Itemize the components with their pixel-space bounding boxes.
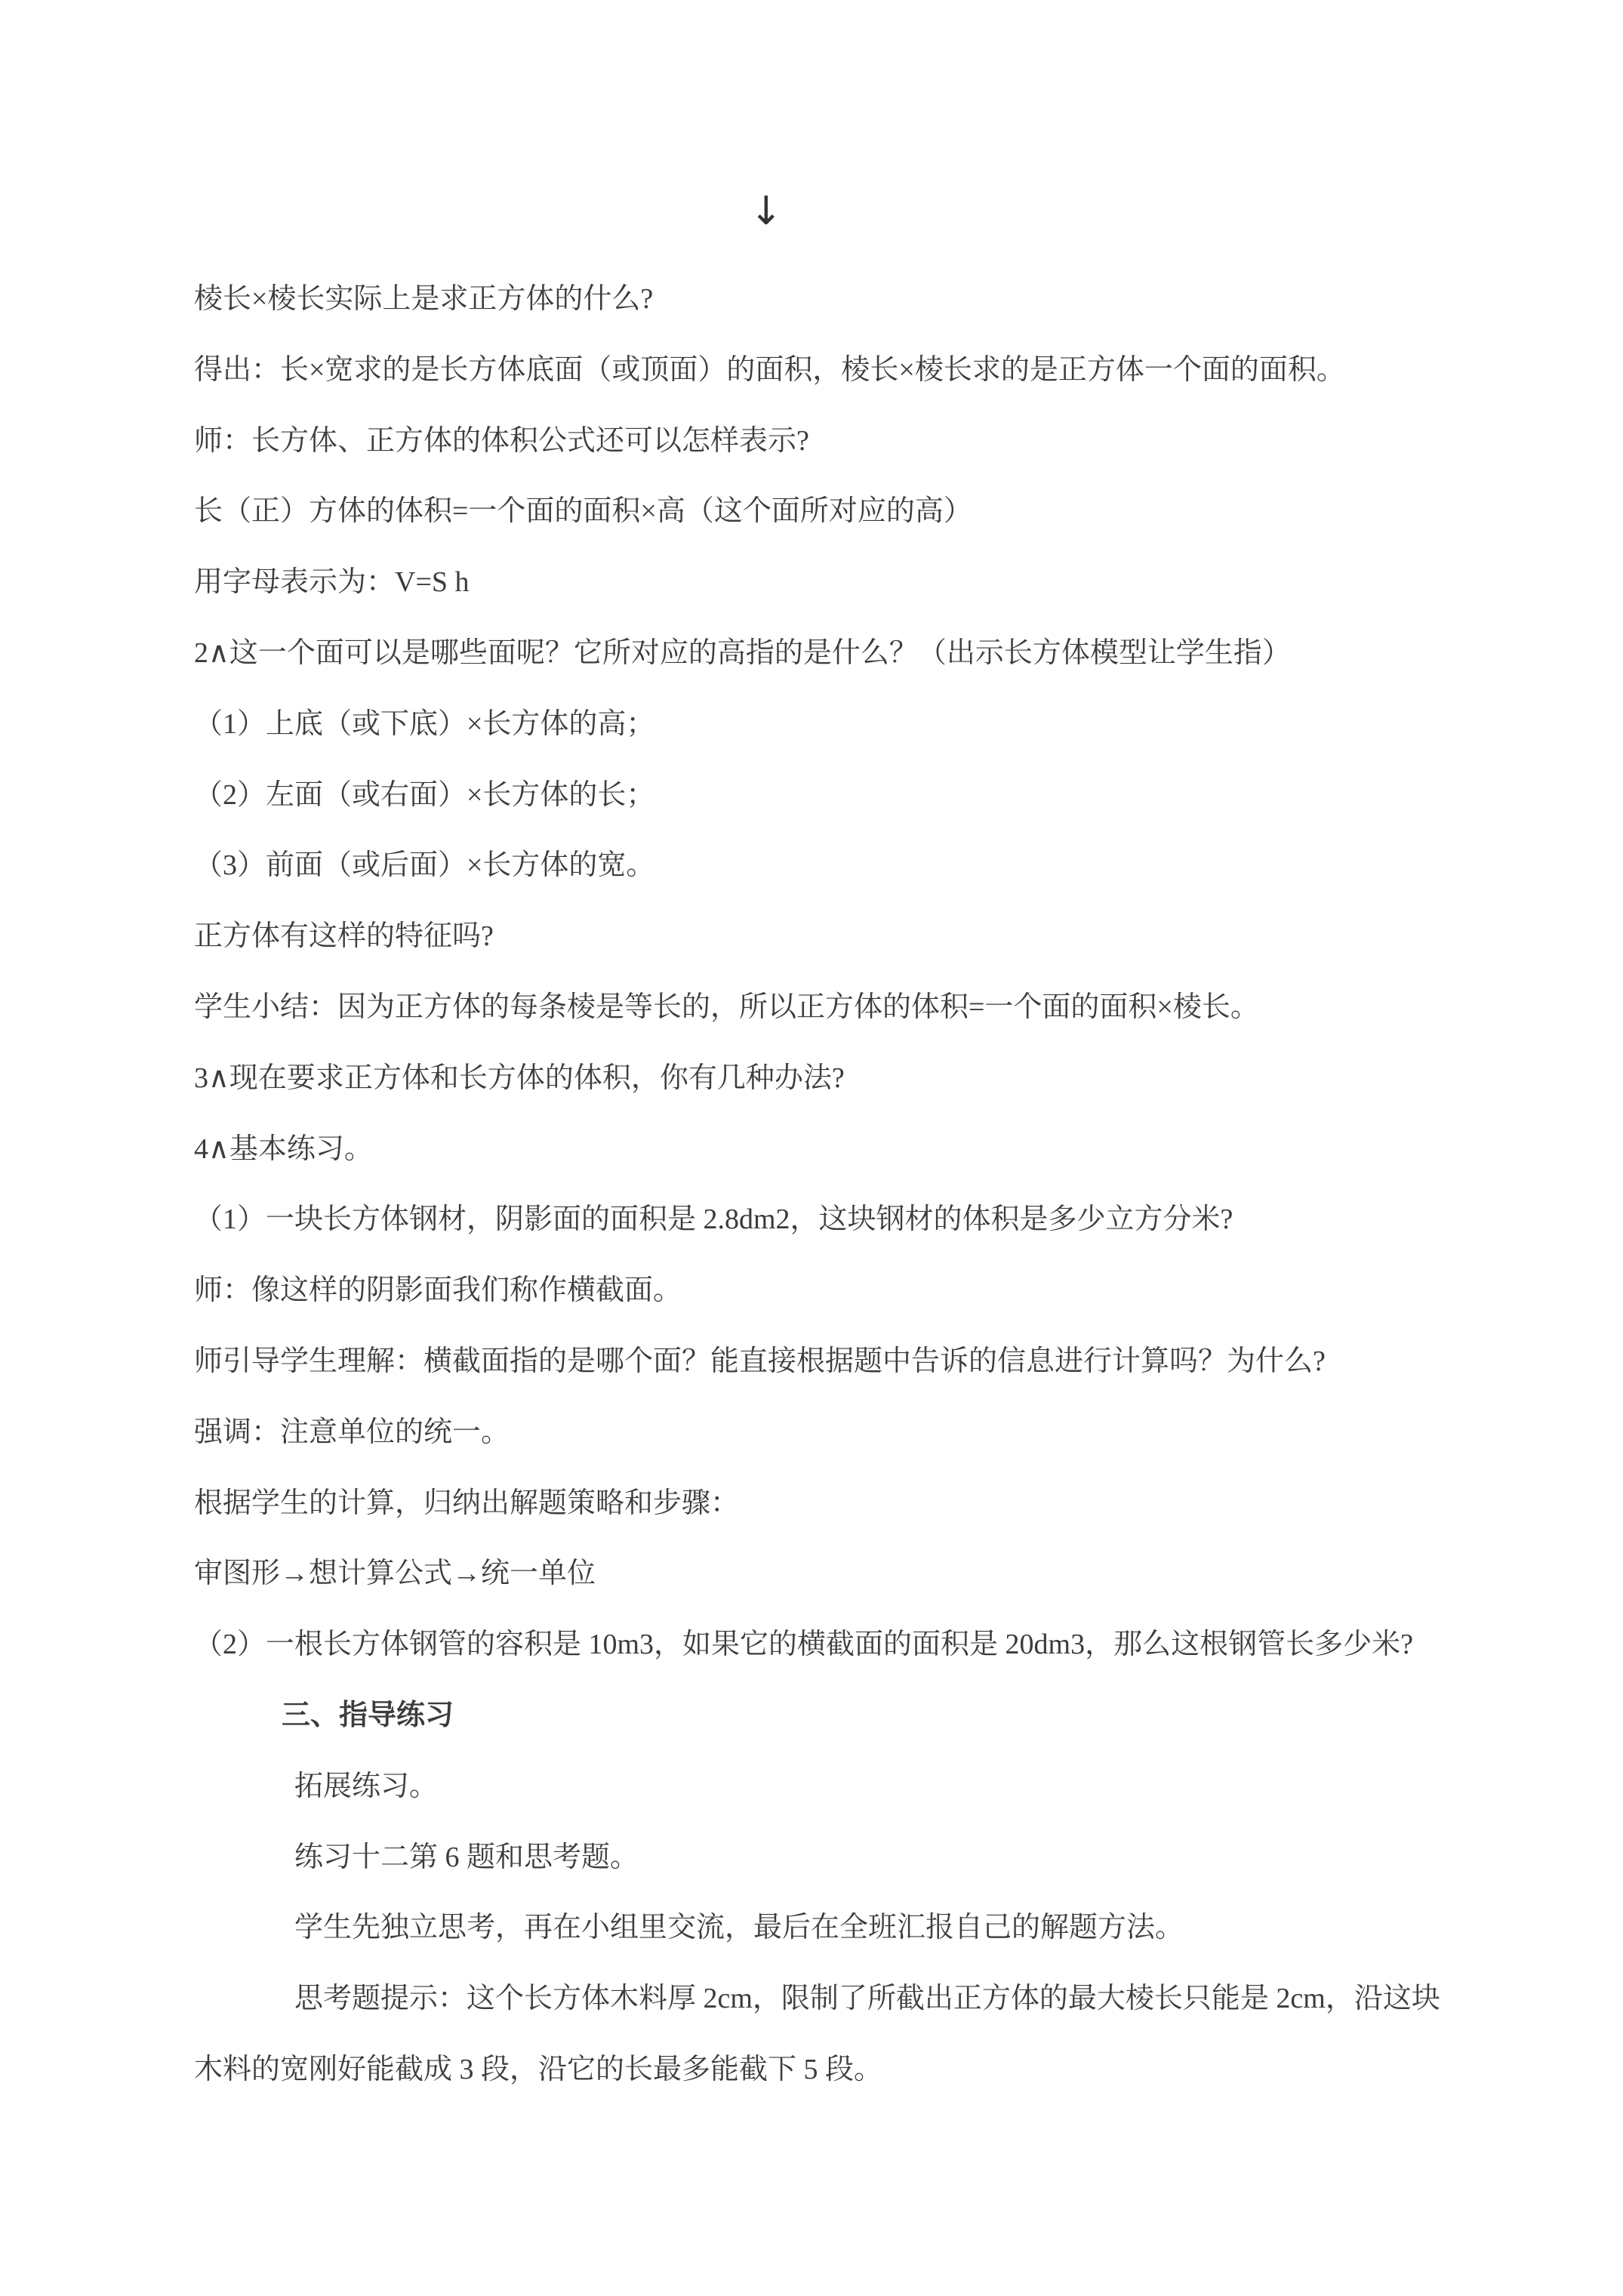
- document-body: 棱长×棱长实际上是求正方体的什么? 得出：长×宽求的是长方体底面（或顶面）的面积…: [194, 280, 1447, 2122]
- paragraph-line: 棱长×棱长实际上是求正方体的什么?: [194, 280, 1447, 351]
- paragraph-line: 师引导学生理解：横截面指的是哪个面？能直接根据题中告诉的信息进行计算吗？为什么?: [194, 1342, 1447, 1413]
- paragraph-line: 思考题提示：这个长方体木料厚 2cm，限制了所截出正方体的最大棱长只能是 2cm…: [294, 1980, 1447, 2051]
- paragraph-line: 学生先独立思考，再在小组里交流，最后在全班汇报自己的解题方法。: [294, 1909, 1447, 1980]
- paragraph-line: 正方体有这样的特征吗?: [194, 917, 1447, 988]
- paragraph-line: 师：像这样的阴影面我们称作横截面。: [194, 1271, 1447, 1342]
- paragraph-line: 木料的宽刚好能截成 3 段，沿它的长最多能截下 5 段。: [194, 2051, 1447, 2122]
- section-heading: 三、指导练习: [282, 1697, 1447, 1767]
- paragraph-line: 审图形→想计算公式→统一单位: [194, 1555, 1447, 1626]
- paragraph-line: 根据学生的计算，归纳出解题策略和步骤：: [194, 1484, 1447, 1555]
- list-item: （2）左面（或右面）×长方体的长；: [194, 776, 1447, 847]
- list-item: （1）一块长方体钢材，阴影面的面积是 2.8dm2，这块钢材的体积是多少立方分米…: [194, 1200, 1447, 1271]
- numbered-item: 4∧基本练习。: [194, 1130, 1447, 1201]
- list-item: （2）一根长方体钢管的容积是 10m3，如果它的横截面的面积是 20dm3，那么…: [194, 1626, 1447, 1697]
- paragraph-line: 长（正）方体的体积=一个面的面积×高（这个面所对应的高）: [194, 492, 1447, 563]
- paragraph-line: 练习十二第 6 题和思考题。: [294, 1838, 1447, 1909]
- paragraph-line: 拓展练习。: [294, 1767, 1447, 1838]
- down-arrow-icon: ↓: [750, 181, 780, 242]
- list-item: （3）前面（或后面）×长方体的宽。: [194, 846, 1447, 917]
- paragraph-line: 学生小结：因为正方体的每条棱是等长的，所以正方体的体积=一个面的面积×棱长。: [194, 988, 1447, 1059]
- paragraph-line: 得出：长×宽求的是长方体底面（或顶面）的面积，棱长×棱长求的是正方体一个面的面积…: [194, 351, 1447, 422]
- formula-line: 用字母表示为：V=S h: [194, 563, 1447, 634]
- paragraph-line: 强调：注意单位的统一。: [194, 1413, 1447, 1484]
- numbered-item: 3∧现在要求正方体和长方体的体积，你有几种办法?: [194, 1059, 1447, 1130]
- numbered-item: 2∧这一个面可以是哪些面呢？它所对应的高指的是什么？（出示长方体模型让学生指）: [194, 634, 1447, 705]
- document-page: ↓ 棱长×棱长实际上是求正方体的什么? 得出：长×宽求的是长方体底面（或顶面）的…: [0, 0, 1623, 2296]
- paragraph-line: 师：长方体、正方体的体积公式还可以怎样表示?: [194, 422, 1447, 493]
- list-item: （1）上底（或下底）×长方体的高；: [194, 705, 1447, 776]
